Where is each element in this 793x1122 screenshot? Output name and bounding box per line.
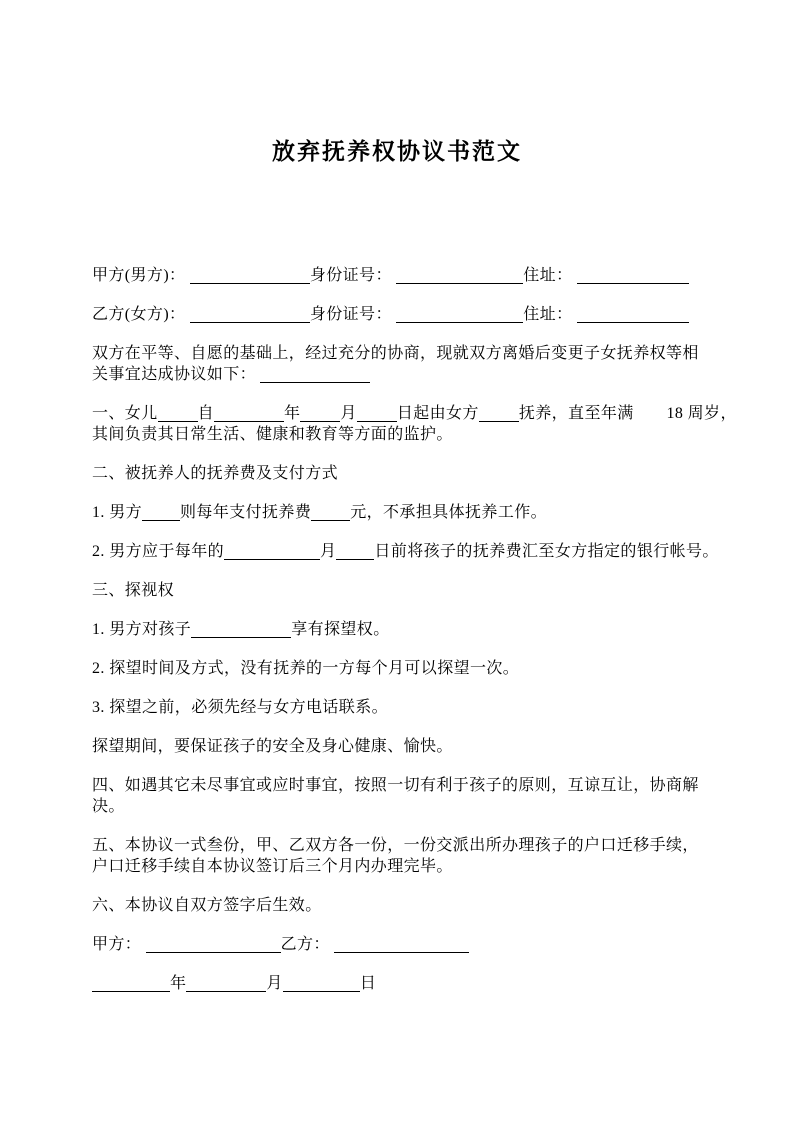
blank-field [214,405,284,422]
clause-3-heading: 三、探视权 [92,580,752,601]
text-run: 身份证号： [310,306,396,323]
blank-field [191,621,291,638]
text-run: 年 [284,405,300,422]
blank-field [190,306,310,323]
blank-field [334,936,469,953]
party-a-row: 甲方(男方)： 身份证号： 住址： [92,265,752,286]
document-body: 甲方(男方)： 身份证号： 住址： 乙方(女方)： 身份证号： 住址： 双方在平… [92,265,752,994]
party-b-row: 乙方(女方)： 身份证号： 住址： [92,304,752,325]
preamble: 双方在平等、自愿的基础上，经过充分的协商，现就双方离婚后变更子女抚养权等相 关事… [92,343,752,385]
text-run: 日 [360,975,376,992]
text-run: 年 [170,975,186,992]
document-page: 放弃抚养权协议书范文 甲方(男方)： 身份证号： 住址： 乙方(女方)： 身份证… [0,0,793,1122]
blank-field [190,267,310,284]
clause-6: 六、本协议自双方签字后生效。 [92,895,752,916]
blank-field [92,975,170,992]
text-run: 乙方(女方)： [92,306,190,323]
text-run: 日起由女方 [397,405,479,422]
text-run: 二、被抚养人的抚养费及支付方式 [92,465,338,482]
text-run: 三、探视权 [92,582,174,599]
clause-1: 一、女儿自年月日起由女方抚养，直至年满 18 周岁， 其间负责其日常生活、健康和… [92,403,752,445]
signature-row: 甲方： 乙方： [92,934,752,955]
text-run: 一、女儿 [92,405,158,422]
blank-field [396,306,523,323]
blank-field [300,405,340,422]
text-run: 探望期间，要保证孩子的安全及身心健康、愉快。 [92,738,453,755]
clause-4: 四、如遇其它未尽事宜或应时事宜，按照一切有利于孩子的原则，互谅互让，协商解 决。 [92,775,752,817]
text-run: 2. 探望时间及方式，没有抚养的一方每个月可以探望一次。 [92,660,519,677]
text-run: 则每年支付抚养费 [180,504,311,521]
blank-field [396,267,523,284]
blank-field [260,366,370,383]
clause-3-item-1: 1. 男方对孩子享有探望权。 [92,619,752,640]
blank-field [577,267,689,284]
text-run: 住址： [523,306,577,323]
blank-field [142,504,180,521]
text-run: 四、如遇其它未尽事宜或应时事宜，按照一切有利于孩子的原则，互谅互让，协商解 决。 [92,777,699,815]
text-run: 日前将孩子的抚养费汇至女方指定的银行帐号。 [374,543,718,560]
text-run: 甲方(男方)： [92,267,190,284]
clause-3-item-3: 3. 探望之前，必须先经与女方电话联系。 [92,697,752,718]
clause-2-heading: 二、被抚养人的抚养费及支付方式 [92,463,752,484]
date-row: 年月日 [92,973,752,994]
text-run: 住址： [523,267,577,284]
blank-field [479,405,519,422]
clause-3-item-2: 2. 探望时间及方式，没有抚养的一方每个月可以探望一次。 [92,658,752,679]
blank-field [158,405,198,422]
text-run: 乙方： [281,936,335,953]
text-run: 1. 男方对孩子 [92,621,191,638]
blank-field [357,405,397,422]
text-run: 月 [340,405,356,422]
clause-5: 五、本协议一式叁份，甲、乙双方各一份，一份交派出所办理孩子的户口迁移手续， 户口… [92,835,752,877]
text-run: 自 [198,405,214,422]
blank-field [186,975,266,992]
clause-2-item-2: 2. 男方应于每年的月日前将孩子的抚养费汇至女方指定的银行帐号。 [92,541,752,562]
document-title: 放弃抚养权协议书范文 [92,138,702,165]
text-run: 身份证号： [310,267,396,284]
blank-field [146,936,281,953]
blank-field [283,975,360,992]
text-run: 五、本协议一式叁份，甲、乙双方各一份，一份交派出所办理孩子的户口迁移手续， 户口… [92,837,699,875]
text-run: 六、本协议自双方签字后生效。 [92,897,322,914]
text-run: 享有探望权。 [291,621,389,638]
blank-field [311,504,350,521]
clause-3-note: 探望期间，要保证孩子的安全及身心健康、愉快。 [92,736,752,757]
blank-field [577,306,689,323]
text-run: 月 [320,543,336,560]
text-run: 月 [266,975,282,992]
text-run: 2. 男方应于每年的 [92,543,224,560]
blank-field [336,543,374,560]
blank-field [224,543,320,560]
clause-2-item-1: 1. 男方则每年支付抚养费元，不承担具体抚养工作。 [92,502,752,523]
text-run: 双方在平等、自愿的基础上，经过充分的协商，现就双方离婚后变更子女抚养权等相 关事… [92,345,699,383]
text-run: 1. 男方 [92,504,142,521]
text-run: 元，不承担具体抚养工作。 [350,504,547,521]
text-run: 3. 探望之前，必须先经与女方电话联系。 [92,699,388,716]
text-run: 甲方： [92,936,146,953]
